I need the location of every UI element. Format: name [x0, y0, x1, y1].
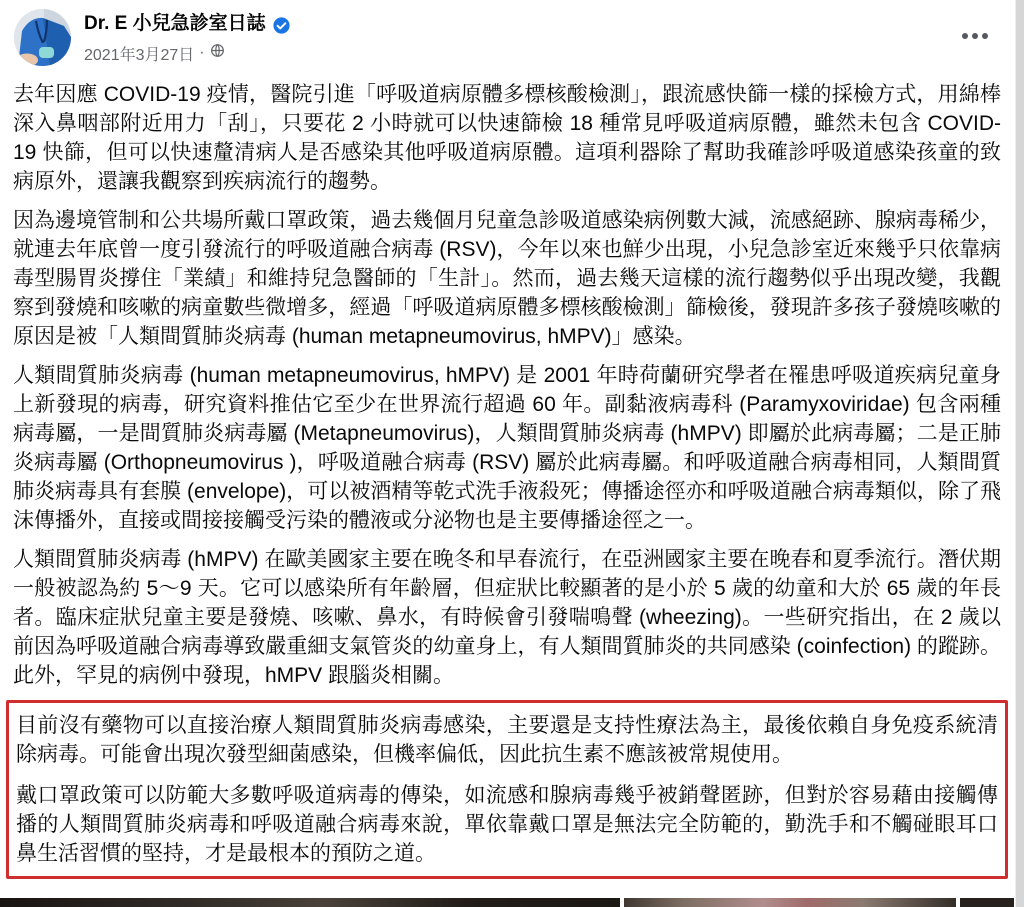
attached-photo-2[interactable]	[624, 898, 956, 907]
attached-photo-1[interactable]	[0, 898, 620, 907]
more-options-icon	[962, 33, 968, 39]
scrollbar-track[interactable]	[1015, 0, 1024, 907]
post-paragraph-4: 人類間質肺炎病毒 (hMPV) 在歐美國家主要在晚冬和早春流行，在亞洲國家主要在…	[13, 545, 1001, 690]
post-timestamp[interactable]: 2021年3月27日 ·	[84, 42, 290, 65]
verified-badge-icon	[273, 17, 290, 34]
post-paragraph-2: 因為邊境管制和公共場所戴口罩政策，過去幾個月兒童急診吸道感染病例數大減，流感絕跡…	[13, 206, 1001, 351]
name-row: Dr. E 小兒急診室日誌	[84, 13, 290, 36]
more-options-button[interactable]	[956, 27, 994, 45]
red-annotation-box: 目前沒有藥物可以直接治療人類間質肺炎病毒感染，主要還是支持性療法為主，最後依賴自…	[6, 700, 1008, 879]
header-text: Dr. E 小兒急診室日誌 2021年3月27日 ·	[84, 9, 290, 65]
highlight-paragraph-2: 戴口罩政策可以防範大多數呼吸道病毒的傳染，如流感和腺病毒幾乎被銷聲匿跡，但對於容…	[16, 781, 998, 868]
avatar-doctor-photo	[14, 9, 71, 66]
post-paragraph-1: 去年因應 COVID-19 疫情，醫院引進「呼吸道病原體多標核酸檢測」，跟流感快…	[13, 80, 1001, 196]
post-header: Dr. E 小兒急診室日誌 2021年3月27日 ·	[0, 0, 1014, 66]
attached-photo-strip[interactable]	[0, 898, 1014, 907]
post-card: Dr. E 小兒急診室日誌 2021年3月27日 ·	[0, 0, 1014, 879]
post-paragraph-3: 人類間質肺炎病毒 (human metapneumovirus, hMPV) 是…	[13, 361, 1001, 535]
post-body: 去年因應 COVID-19 疫情，醫院引進「呼吸道病原體多標核酸檢測」，跟流感快…	[0, 66, 1014, 879]
highlight-paragraph-1: 目前沒有藥物可以直接治療人類間質肺炎病毒感染，主要還是支持性療法為主，最後依賴自…	[16, 711, 998, 769]
dot-separator: ·	[199, 44, 204, 62]
date-text: 2021年3月27日	[84, 42, 194, 65]
page-name[interactable]: Dr. E 小兒急診室日誌	[84, 13, 266, 36]
facebook-post-screenshot: Dr. E 小兒急診室日誌 2021年3月27日 ·	[0, 0, 1024, 907]
attached-photo-3[interactable]	[960, 898, 1014, 907]
globe-icon	[210, 43, 225, 63]
avatar[interactable]	[14, 9, 71, 66]
